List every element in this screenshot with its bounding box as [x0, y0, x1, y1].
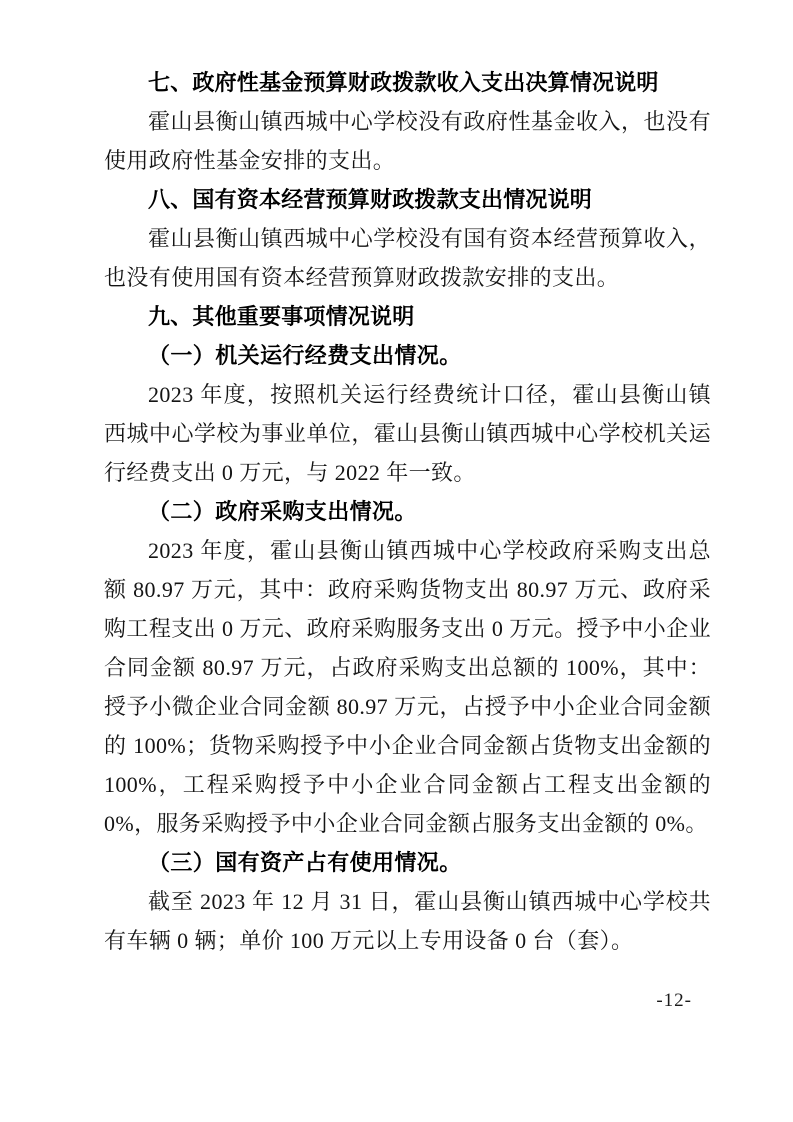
document-page: 七、政府性基金预算财政拨款收入支出决算情况说明 霍山县衡山镇西城中心学校没有政府…: [0, 0, 793, 1122]
paragraph-state-assets: 截至 2023 年 12 月 31 日，霍山县衡山镇西城中心学校共有车辆 0 辆…: [104, 882, 711, 960]
section-heading-eight: 八、国有资本经营预算财政拨款支出情况说明: [104, 180, 711, 219]
paragraph-operating-expense: 2023 年度，按照机关运行经费统计口径，霍山县衡山镇西城中心学校为事业单位，霍…: [104, 375, 711, 492]
document-content: 七、政府性基金预算财政拨款收入支出决算情况说明 霍山县衡山镇西城中心学校没有政府…: [104, 63, 711, 960]
paragraph-state-capital-budget: 霍山县衡山镇西城中心学校没有国有资本经营预算收入，也没有使用国有资本经营预算财政…: [104, 219, 711, 297]
paragraph-gov-fund-budget: 霍山县衡山镇西城中心学校没有政府性基金收入，也没有使用政府性基金安排的支出。: [104, 102, 711, 180]
page-number: -12-: [656, 989, 692, 1013]
subheading-gov-procurement: （二）政府采购支出情况。: [104, 492, 711, 531]
paragraph-gov-procurement: 2023 年度，霍山县衡山镇西城中心学校政府采购支出总额 80.97 万元，其中…: [104, 531, 711, 843]
section-heading-nine: 九、其他重要事项情况说明: [104, 297, 711, 336]
subheading-operating-expense: （一）机关运行经费支出情况。: [104, 336, 711, 375]
section-heading-seven: 七、政府性基金预算财政拨款收入支出决算情况说明: [104, 63, 711, 102]
subheading-state-assets: （三）国有资产占有使用情况。: [104, 843, 711, 882]
